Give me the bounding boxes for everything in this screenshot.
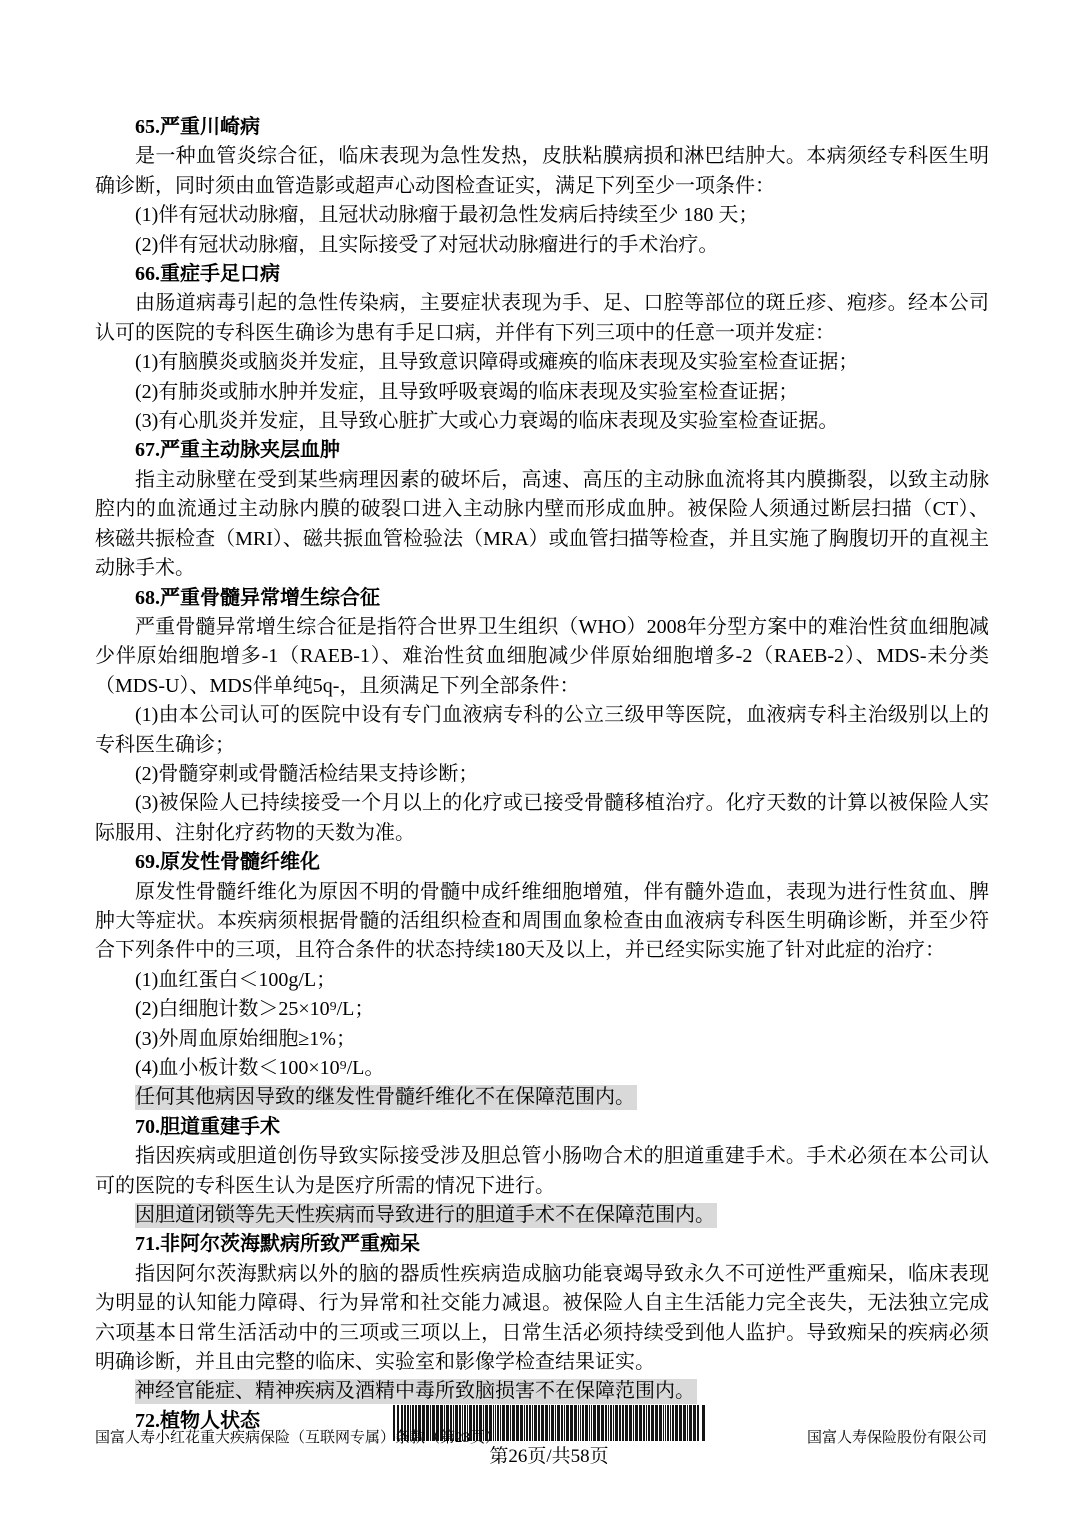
section-number: 69. [135,851,160,873]
list-item: (1)有脑膜炎或脑炎并发症，且导致意识障碍或瘫痪的临床表现及实验室检查证据； [95,348,989,377]
section-70: 70.胆道重建手术 指因疾病或胆道创伤导致实际接受涉及胆总管小肠吻合术的胆道重建… [95,1113,989,1231]
list-item: (2)骨髓穿刺或骨髓活检结果支持诊断； [95,760,989,789]
list-item: (1)由本公司认可的医院中设有专门血液病专科的公立三级甲等医院，血液病专科主治级… [95,701,989,760]
exclusion-highlight: 神经官能症、精神疾病及酒精中毒所致脑损害不在保障范围内。 [135,1379,697,1404]
paragraph: 原发性骨髓纤维化为原因不明的骨髓中成纤维细胞增殖，伴有髓外造血，表现为进行性贫血… [95,878,989,966]
section-number: 68. [135,587,160,609]
list-item: (2)有肺炎或肺水肿并发症，且导致呼吸衰竭的临床表现及实验室检查证据； [95,378,989,407]
section-69: 69.原发性骨髓纤维化 原发性骨髓纤维化为原因不明的骨髓中成纤维细胞增殖，伴有髓… [95,848,989,1113]
section-number: 65. [135,116,160,138]
section-67: 67.严重主动脉夹层血肿 指主动脉壁在受到某些病理因素的破坏后，高速、高压的主动… [95,436,989,583]
list-item: (3)被保险人已持续接受一个月以上的化疗或已接受骨髓移植治疗。化疗天数的计算以被… [95,789,989,848]
section-title: 原发性骨髓纤维化 [160,851,320,873]
section-65: 65.严重川崎病 是一种血管炎综合征，临床表现为急性发热，皮肤粘膜病损和淋巴结肿… [95,113,989,260]
paragraph: 由肠道病毒引起的急性传染病，主要症状表现为手、足、口腔等部位的斑丘疹、疱疹。经本… [95,289,989,348]
document-body: 65.严重川崎病 是一种血管炎综合征，临床表现为急性发热，皮肤粘膜病损和淋巴结肿… [95,113,989,1436]
list-item: (2)伴有冠状动脉瘤，且实际接受了对冠状动脉瘤进行的手术治疗。 [95,231,989,260]
section-71: 71.非阿尔茨海默病所致严重痴呆 指因阿尔茨海默病以外的脑的器质性疾病造成脑功能… [95,1230,989,1406]
list-item: (1)血红蛋白＜100g/L； [95,966,989,995]
document-page: 65.严重川崎病 是一种血管炎综合征，临床表现为急性发热，皮肤粘膜病损和淋巴结肿… [0,0,1080,1528]
paragraph: 严重骨髓异常增生综合征是指符合世界卫生组织（WHO）2008年分型方案中的难治性… [95,613,989,701]
exclusion-highlight: 任何其他病因导致的继发性骨髓纤维化不在保障范围内。 [135,1085,637,1110]
list-item: (3)有心肌炎并发症，且导致心脏扩大或心力衰竭的临床表现及实验室检查证据。 [95,407,989,436]
section-number: 67. [135,439,160,461]
section-number: 66. [135,263,160,285]
section-title: 胆道重建手术 [160,1116,280,1138]
section-69-heading: 69.原发性骨髓纤维化 [95,848,989,877]
exclusion-paragraph: 神经官能症、精神疾病及酒精中毒所致脑损害不在保障范围内。 [95,1377,989,1406]
exclusion-paragraph: 因胆道闭锁等先天性疾病而导致进行的胆道手术不在保障范围内。 [95,1201,989,1230]
section-number: 70. [135,1116,160,1138]
paragraph: 指主动脉壁在受到某些病理因素的破坏后，高速、高压的主动脉血流将其内膜撕裂，以致主… [95,466,989,584]
list-item: (3)外周血原始细胞≥1%； [95,1025,989,1054]
list-item: (2)白细胞计数＞25×10⁹/L； [95,995,989,1024]
section-title: 重症手足口病 [160,263,280,285]
section-title: 非阿尔茨海默病所致严重痴呆 [160,1233,420,1255]
paragraph: 是一种血管炎综合征，临床表现为急性发热，皮肤粘膜病损和淋巴结肿大。本病须经专科医… [95,142,989,201]
section-68: 68.严重骨髓异常增生综合征 严重骨髓异常增生综合征是指符合世界卫生组织（WHO… [95,584,989,849]
paragraph: 指因疾病或胆道创伤导致实际接受涉及胆总管小肠吻合术的胆道重建手术。手术必须在本公… [95,1142,989,1201]
section-number: 71. [135,1233,160,1255]
section-67-heading: 67.严重主动脉夹层血肿 [95,436,989,465]
section-71-heading: 71.非阿尔茨海默病所致严重痴呆 [95,1230,989,1259]
page-number: 第26页/共58页 [0,1444,1080,1470]
section-title: 严重主动脉夹层血肿 [160,439,340,461]
section-68-heading: 68.严重骨髓异常增生综合征 [95,584,989,613]
section-66-heading: 66.重症手足口病 [95,260,989,289]
section-66: 66.重症手足口病 由肠道病毒引起的急性传染病，主要症状表现为手、足、口腔等部位… [95,260,989,436]
section-65-heading: 65.严重川崎病 [95,113,989,142]
paragraph: 指因阿尔茨海默病以外的脑的器质性疾病造成脑功能衰竭导致永久不可逆性严重痴呆，临床… [95,1260,989,1378]
section-title: 严重川崎病 [160,116,260,138]
section-70-heading: 70.胆道重建手术 [95,1113,989,1142]
exclusion-paragraph: 任何其他病因导致的继发性骨髓纤维化不在保障范围内。 [95,1083,989,1112]
list-item: (1)伴有冠状动脉瘤，且冠状动脉瘤于最初急性发病后持续至少 180 天； [95,201,989,230]
section-title: 严重骨髓异常增生综合征 [160,587,380,609]
exclusion-highlight: 因胆道闭锁等先天性疾病而导致进行的胆道手术不在保障范围内。 [135,1203,717,1228]
list-item: (4)血小板计数＜100×10⁹/L。 [95,1054,989,1083]
